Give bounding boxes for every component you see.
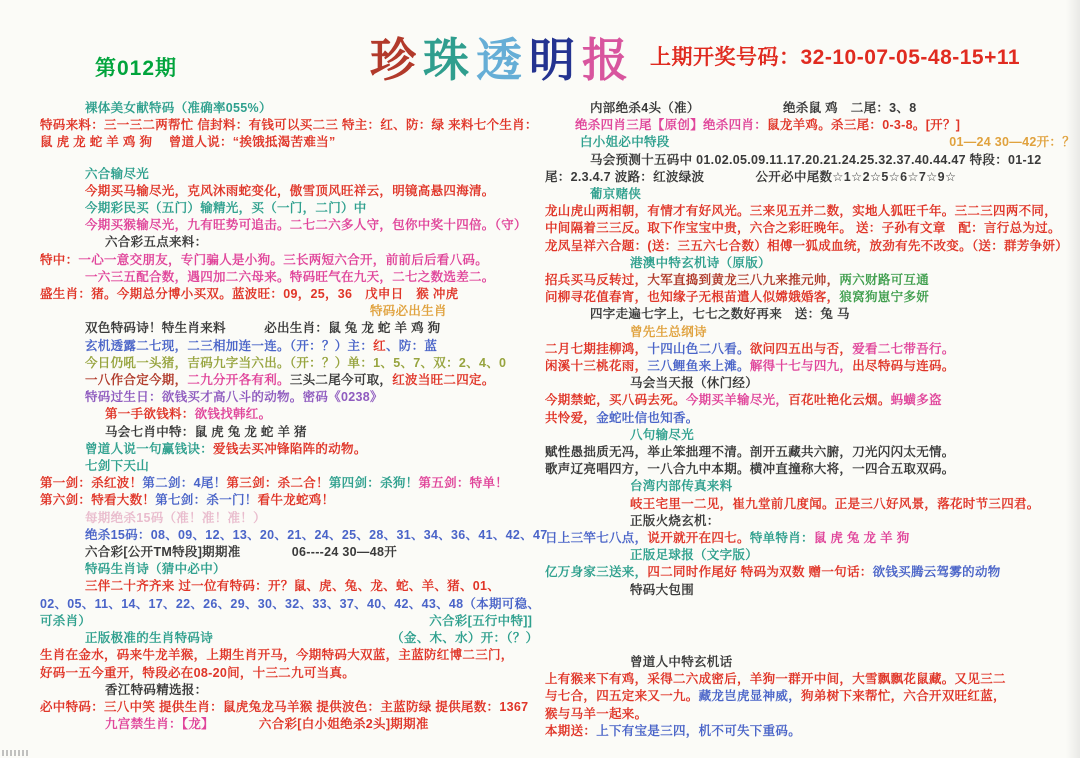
last-draw-numbers: 上期开奖号码：32-10-07-05-48-15+11 [650,41,1020,71]
text-line: 第一剑：杀红波！第二剑：4尾！第三剑：杀二合！第四剑：杀狗！第五剑：特单！ [40,475,545,492]
text-segment: 今期彩民买（五门）输精光，买（一门，二门）中 [85,201,367,215]
text-segment: 红波当旺二四定。 [392,373,494,387]
text-line-right: （金、木、水）开：（？） [391,630,545,647]
text-segment: 曾道人说一句赢钱诀： [85,442,213,456]
text-segment: 四二同时作尾好 特码为双数 赠一句话： [647,565,872,579]
text-segment: 上下有宝是三四，机不可失下重码。 [596,724,801,738]
text-line: 八句输尽光 [545,427,1075,444]
text-line: 曾道人中特玄机话 [545,654,1075,671]
text-line: 今期彩民买（五门）输精光，买（一门，二门）中 [40,200,545,217]
text-segment: 一心一意交朋友，专门骗人是小狗。三长两短六合开，前前后后看八码。 [78,253,488,267]
text-line: 特码来料：三一三二两帮忙 信封料：有钱可以买二三 特主：红、防：绿 来料七个生肖… [40,117,545,134]
text-segment: 蚂蟥多盗 [891,393,942,407]
text-line: 02、05、11、14、17、22、26、29、30、32、33、37、40、4… [40,596,545,613]
text-segment: 爱看二七带吾行。 [852,342,954,356]
text-line: 生肖在金水，码来牛龙羊猴，上期生肖开马，今期特码大双蓝，主蓝防红博二三门， [40,647,545,664]
text-line: 六合彩五点来料： [40,234,545,251]
text-segment: 猴与马羊一起来。 [545,707,647,721]
issue-number: 第012期 [95,52,177,82]
text-line: 盛生肖：猪。今期总分博小买双。蓝波旺：09，25，36 戊申日 猴 冲虎 [40,286,545,303]
text-line: 特中：一心一意交朋友，专门骗人是小狗。三长两短六合开，前前后后看八码。 [40,252,545,269]
text-line: 特码必出生肖 [40,303,545,320]
text-segment: 龙凤呈祥六合题：(送：三五六七合数）相傅一狐成血统，放劲有先不改变。（送：群芳争… [545,239,1068,253]
text-line-right: 01—24 30—42开：？ [949,134,1075,151]
text-line: 六合彩[公开TM特段]期期准 06----24 30—48开 [40,544,545,561]
text-line: 玄机透露二七现，二三相加连一连。（开：？）主：红、防：蓝 [40,338,545,355]
text-segment: 欲问四五出与否， [750,342,852,356]
text-segment: 特码必出生肖 [370,304,447,318]
text-segment: 招兵买马反转过， [545,273,647,287]
text-segment: 两六财路可互通 [839,273,929,287]
text-line: 今期买猴输尽光，九有旺势可追击。二七二六多人守，包你中奖十四倍。（守） [40,217,545,234]
text-segment: 与七合，四五定来又一九。 [545,689,699,703]
text-segment: 鼠 虎 龙 蛇 羊 鸡 狗 曾道人说：“挨饿抵渴苦难当” [40,135,336,149]
text-line: 马会预测十五码中 01.02.05.09.11.17.20.21.24.25.3… [545,152,1075,169]
scan-edge-shade [1066,0,1080,758]
title-char: 报 [582,35,635,86]
text-segment: 欲钱买腾云驾雾的动物 [873,565,1001,579]
right-column: 内部绝杀4头（准） 绝杀鼠 鸡 二尾：3、8绝杀四肖三尾【原创】绝杀四肖：鼠龙羊… [545,100,1075,740]
text-line-right: 六合彩[五行中特]] [429,613,545,630]
text-line: 曾先生总纲诗 [545,324,1075,341]
text-segment: 鼠龙羊鸡。杀三尾：0-3-8。[开？] [767,118,960,132]
text-segment: 三头二尾今可取， [290,373,392,387]
text-segment: 八句输尽光 [630,428,694,442]
text-line: 四字走遍七字上，七七之数好再来 送：兔 马 [545,306,1075,323]
text-segment: 百花吐艳化云烟。 [788,393,890,407]
text-line: 六合输尽光 [40,166,545,183]
text-line: 台湾内部传真来料 [545,478,1075,495]
text-segment: 二月七期挂柳鸿， [545,342,647,356]
text-segment: 玄机透露二七现，二三相加连一连。（开：？）主： [85,339,373,353]
text-segment: 今日仍吼一头猪，吉码九字当六出。（开：？）单：1、5、7、双：2、4、0 [85,356,506,370]
text-segment: 马会当天报（休门经） [630,376,758,390]
text-segment: 葡京赌侠 [590,187,641,201]
text-line: 香江特码精选报： [40,682,545,699]
last-draw-value: 32-10-07-05-48-15+11 [801,46,1021,69]
text-line: 歌声辽亮唱四方，一八合九中本期。横冲直撞称大将，一四合五取双码。 [545,461,1075,478]
scan-artifact [2,750,28,756]
text-line: 正版火烧玄机： [545,513,1075,530]
text-segment: 三伴二十齐齐来 过一位有特码：开？鼠、虎、兔、龙、蛇、羊、猪、01、 [85,579,500,593]
text-line: 必中特码：三八中笑 提供生肖：鼠虎兔龙马羊猴 提供波色：主蓝防绿 提供尾数：13… [40,699,545,716]
text-segment: 问柳寻花值春宵，也知缘子无根苗遣人似嫦娥婚客， [545,290,839,304]
text-segment: 亿万身家三送来， [545,565,647,579]
title-char: 透 [476,35,529,86]
text-segment: 闲溪十三桃花雨， [545,359,647,373]
text-line: 六合彩[五行中特]] 可杀肖） [40,613,545,630]
text-line: 鼠 虎 龙 蛇 羊 鸡 狗 曾道人说：“挨饿抵渴苦难当” [40,134,545,151]
text-line: 曾道人说一句赢钱诀：爱钱去买冲锋陷阵的动物。 [40,441,545,458]
text-segment: 绝杀四肖三尾【原创】绝杀四肖： [575,118,767,132]
text-line: 特码大包围 [545,582,1075,599]
text-line: 与七合，四五定来又一九。藏龙岂虎显神威，狗弟树下来帮忙，六合开双旺红蓝， [545,688,1075,705]
text-segment: 好码一五今重开，特段必在08-20间，十三二九可当真。 [40,666,355,680]
text-segment: 第四剑：杀狗！ [329,476,419,490]
text-segment: 出尽特码与连码。 [852,359,954,373]
text-segment: 特码大包围 [630,583,694,597]
text-segment: 本期送： [545,724,596,738]
text-segment: 欲钱找韩红。 [195,407,272,421]
page-title: 珍珠透明报 [370,24,635,90]
text-line: 招兵买马反转过，大军直捣到黄龙三八九来推元帅，两六财路可互通 [545,272,1075,289]
text-segment: 九宫禁生肖：【龙】 [105,717,208,731]
text-segment: 特码来料：三一三二两帮忙 信封料：有钱可以买二三 特主：红、防：绿 来料七个生肖… [40,118,538,132]
text-line: 岐王宅里一二见，崔九堂前几度闻。正是三八好风景，落花时节三四君。 [545,496,1075,513]
text-segment: 狗弟树下来帮忙，六合开双旺红蓝， [801,689,1006,703]
text-line: 尾：2.3.4.7 波路：红波绿波 公开必中尾数☆1☆2☆5☆6☆7☆9☆ [545,169,1075,186]
text-line: 本期送：上下有宝是三四，机不可失下重码。 [545,723,1075,740]
text-segment: 赋性愚拙质无冯，举止笨拙理不清。剖开五藏共六腑，刀光闪闪太无情。 [545,445,955,459]
text-line: 特码生肖诗（猜中必中） [40,561,545,578]
text-segment: 第五剑：特单！ [418,476,508,490]
text-segment: 必中特码：三八中笑 提供生肖：鼠虎兔龙马羊猴 提供波色：主蓝防绿 提供尾数：13… [40,700,528,714]
text-segment: 六合输尽光 [85,167,149,181]
text-segment: 今期买猴输尽光，九有旺势可追击。二七二六多人守，包你中奖十四倍。（守） [85,218,527,232]
text-segment: 特单特肖： [750,531,814,545]
text-segment: 鼠 虎 兔 龙 羊 狗 [814,531,910,545]
text-segment: 02、05、11、14、17、22、26、29、30、32、33、37、40、4… [40,597,540,611]
text-line: 裸体美女献特码（准确率055%） [40,100,545,117]
text-segment: 上有猴来下有鸡，采得二六成密后，羊狗一群开中间，大雪飘飘花鼠藏。又见三二 [545,672,1006,686]
last-draw-label: 上期开奖号码： [650,46,801,69]
text-segment: 一六三五配合数，遇四加二六母来。特码旺气在九天，二七之数选差二。 [85,270,495,284]
text-line: 第一手欲钱料：欲钱找韩红。 [40,406,545,423]
text-line: 今期买马输尽光，克风沐雨蛇变化，傲雪顶风旺祥云，明镜高悬四海清。 [40,183,545,200]
text-segment: 尾：2.3.4.7 波路：红波绿波 公开必中尾数☆1☆2☆5☆6☆7☆9☆ [545,170,956,184]
text-line: 好码一五今重开，特段必在08-20间，十三二九可当真。 [40,665,545,682]
text-segment: 三八鲤鱼来上滩。 [647,359,749,373]
text-line: 赋性愚拙质无冯，举止笨拙理不清。剖开五藏共六腑，刀光闪闪太无情。 [545,444,1075,461]
text-segment: 曾先生总纲诗 [630,325,707,339]
text-line: 中间隔着三三反。取下作宝宝中贵，六合之彩旺晚年。 送：子孙有文章 配：言行总为过… [545,220,1075,237]
text-segment: 内部绝杀4头（准） 绝杀鼠 鸡 二尾：3、8 [590,101,916,115]
text-line: 日上三竿七八点，说开就开在四七。特单特肖：鼠 虎 兔 龙 羊 狗 [545,530,1075,547]
text-segment: 特码过生日：欲钱买才高八斗的动物。密码《0238》 [85,390,383,404]
text-segment: 今期买马输尽光，克风沐雨蛇变化，傲雪顶风旺祥云，明镜高悬四海清。 [85,184,495,198]
text-segment: 藏龙岂虎显神威， [699,689,801,703]
text-segment: 看牛龙蛇鸡！ [258,493,335,507]
text-segment: 裸体美女献特码（准确率055%） [85,101,272,115]
text-segment: 绝杀15码：08、09、12、13、20、21、24、25、28、31、34、3… [85,528,547,542]
text-segment: 曾道人中特玄机话 [630,655,732,669]
text-segment: 龙山虎山两相朝，有情才有好风光。三来见五并二数，实地人狐旺千年。三二三四两不同， [545,204,1057,218]
text-segment: 特码生肖诗（猜中必中） [85,562,226,576]
text-segment: 、防： [386,339,424,353]
text-segment: 蓝 [424,339,437,353]
text-line: 今期禁蛇，买八码去死。今期买羊输尽光，百花吐艳化云烟。蚂蟥多盗 [545,392,1075,409]
text-segment: 生肖在金水，码来牛龙羊猴，上期生肖开马，今期特码大双蓝，主蓝防红博二三门， [40,648,514,662]
text-line: 闲溪十三桃花雨，三八鲤鱼来上滩。解得十七与四九，出尽特码与连码。 [545,358,1075,375]
text-line: 龙凤呈祥六合题：(送：三五六七合数）相傅一狐成血统，放劲有先不改变。（送：群芳争… [545,238,1075,255]
text-line: 一六三五配合数，遇四加二六母来。特码旺气在九天，二七之数选差二。 [40,269,545,286]
text-segment: 第六剑：特看大数！ [40,493,155,507]
text-segment: 第七剑：杀一门！ [155,493,257,507]
text-segment: 一八作合定今期， [85,373,187,387]
text-line: 三伴二十齐齐来 过一位有特码：开？鼠、虎、兔、龙、蛇、羊、猪、01、 [40,578,545,595]
text-segment: 六合彩五点来料： [105,235,207,249]
text-segment: 白小姐必中特段 [580,135,670,149]
text-segment: 七剑下天山 [85,459,149,473]
text-segment: 第一手欲钱料： [105,407,195,421]
text-line: 绝杀四肖三尾【原创】绝杀四肖：鼠龙羊鸡。杀三尾：0-3-8。[开？] [545,117,1075,134]
text-segment: 今期买羊输尽光， [686,393,788,407]
text-segment: 盛生肖：猪。今期总分博小买双。蓝波旺：09，25，36 戊申日 猴 冲虎 [40,287,459,301]
text-segment: 岐王宅里一二见，崔九堂前几度闻。正是三八好风景，落花时节三四君。 [630,497,1040,511]
text-segment: 金蛇吐信也知香。 [596,411,698,425]
text-segment: 第三剑：杀二合！ [226,476,328,490]
text-segment: 歌声辽亮唱四方，一八合九中本期。横冲直撞称大将，一四合五取双码。 [545,462,955,476]
left-column: 裸体美女献特码（准确率055%）特码来料：三一三二两帮忙 信封料：有钱可以买二三… [40,100,545,733]
text-segment: 第一剑：杀红波！ [40,476,142,490]
text-line: （金、木、水）开：（？） 正版极准的生肖特码诗 [40,630,545,647]
text-segment: 中间隔着三三反。取下作宝宝中贵，六合之彩旺晚年。 送：子孙有文章 配：言行总为过… [545,221,1061,235]
text-segment: 马会七肖中特：鼠 虎 兔 龙 蛇 羊 猪 [105,425,307,439]
text-segment: 双色特码诗！特生肖来料 必出生肖：鼠 兔 龙 蛇 羊 鸡 狗 [85,321,440,335]
text-segment: 马会预测十五码中 01.02.05.09.11.17.20.21.24.25.3… [590,153,1042,167]
text-segment: 今期禁蛇，买八码去死。 [545,393,686,407]
text-line: 七剑下天山 [40,458,545,475]
text-segment: 红 [373,339,386,353]
text-line: 正版足球报（文字版） [545,547,1075,564]
text-line: 01—24 30—42开：？白小姐必中特段 [545,134,1075,151]
text-line: 双色特码诗！特生肖来料 必出生肖：鼠 兔 龙 蛇 羊 鸡 狗 [40,320,545,337]
text-segment: 正版极准的生肖特码诗 [85,631,213,645]
text-line: 亿万身家三送来，四二同时作尾好 特码为双数 赠一句话：欲钱买腾云驾雾的动物 [545,564,1075,581]
text-segment: 香江特码精选报： [105,683,207,697]
text-line: 二月七期挂柳鸿，十四山色二八看。欲问四五出与否，爱看二七带吾行。 [545,341,1075,358]
text-segment: 四字走遍七字上，七七之数好再来 送：兔 马 [590,307,850,321]
text-segment: 港澳中特玄机诗（原版） [630,256,771,270]
text-line: 九宫禁生肖：【龙】 六合彩[白小姐绝杀2头]期期准 [40,716,545,733]
text-line: 马会七肖中特：鼠 虎 兔 龙 蛇 羊 猪 [40,424,545,441]
title-char: 明 [529,35,582,86]
text-segment: 台湾内部传真来料 [630,479,732,493]
text-line: 今日仍吼一头猪，吉码九字当六出。（开：？）单：1、5、7、双：2、4、0 [40,355,545,372]
text-segment: 第二剑：4尾！ [142,476,226,490]
text-line: 绝杀15码：08、09、12、13、20、21、24、25、28、31、34、3… [40,527,545,544]
title-char: 珠 [423,35,476,86]
text-segment: 大军直捣到黄龙三八九来推元帅， [647,273,839,287]
text-line: 上有猴来下有鸡，采得二六成密后，羊狗一群开中间，大雪飘飘花鼠藏。又见三二 [545,671,1075,688]
text-line: 葡京赌侠 [545,186,1075,203]
text-segment: 六合彩[公开TM特段]期期准 06----24 30—48开 [85,545,397,559]
text-segment: 正版足球报（文字版） [630,548,758,562]
text-segment: 每期绝杀15码（准！准！准！） [85,511,266,525]
text-line: 一八作合定今期，二九分开各有利。三头二尾今可取，红波当旺二四定。 [40,372,545,389]
text-line: 马会当天报（休门经） [545,375,1075,392]
text-segment: 狼窝狗崽宁多妍 [839,290,929,304]
text-segment: 爱钱去买冲锋陷阵的动物。 [213,442,367,456]
lottery-sheet: 第012期 珍珠透明报 上期开奖号码：32-10-07-05-48-15+11 … [0,0,1080,758]
text-line: 每期绝杀15码（准！准！准！） [40,510,545,527]
text-segment: 解得十七与四九， [750,359,852,373]
text-segment: 说开就开在四七。 [647,531,749,545]
text-line: 第六剑：特看大数！第七剑：杀一门！看牛龙蛇鸡！ [40,492,545,509]
text-segment: 六合彩[白小姐绝杀2头]期期准 [208,717,429,731]
text-segment: 二九分开各有利。 [187,373,289,387]
text-segment: 正版火烧玄机： [630,514,720,528]
text-segment: 十四山色二八看。 [647,342,749,356]
text-line: 猴与马羊一起来。 [545,706,1075,723]
text-segment: 特中： [40,253,78,267]
text-line: 共怜爱，金蛇吐信也知香。 [545,410,1075,427]
text-segment: 共怜爱， [545,411,596,425]
text-line: 特码过生日：欲钱买才高八斗的动物。密码《0238》 [40,389,545,406]
text-line: 港澳中特玄机诗（原版） [545,255,1075,272]
title-char: 珍 [370,35,423,86]
text-line: 内部绝杀4头（准） 绝杀鼠 鸡 二尾：3、8 [545,100,1075,117]
text-line: 问柳寻花值春宵，也知缘子无根苗遣人似嫦娥婚客，狼窝狗崽宁多妍 [545,289,1075,306]
text-segment: 可杀肖） [40,614,91,628]
text-segment: 日上三竿七八点， [545,531,647,545]
text-line: 龙山虎山两相朝，有情才有好风光。三来见五并二数，实地人狐旺千年。三二三四两不同， [545,203,1075,220]
